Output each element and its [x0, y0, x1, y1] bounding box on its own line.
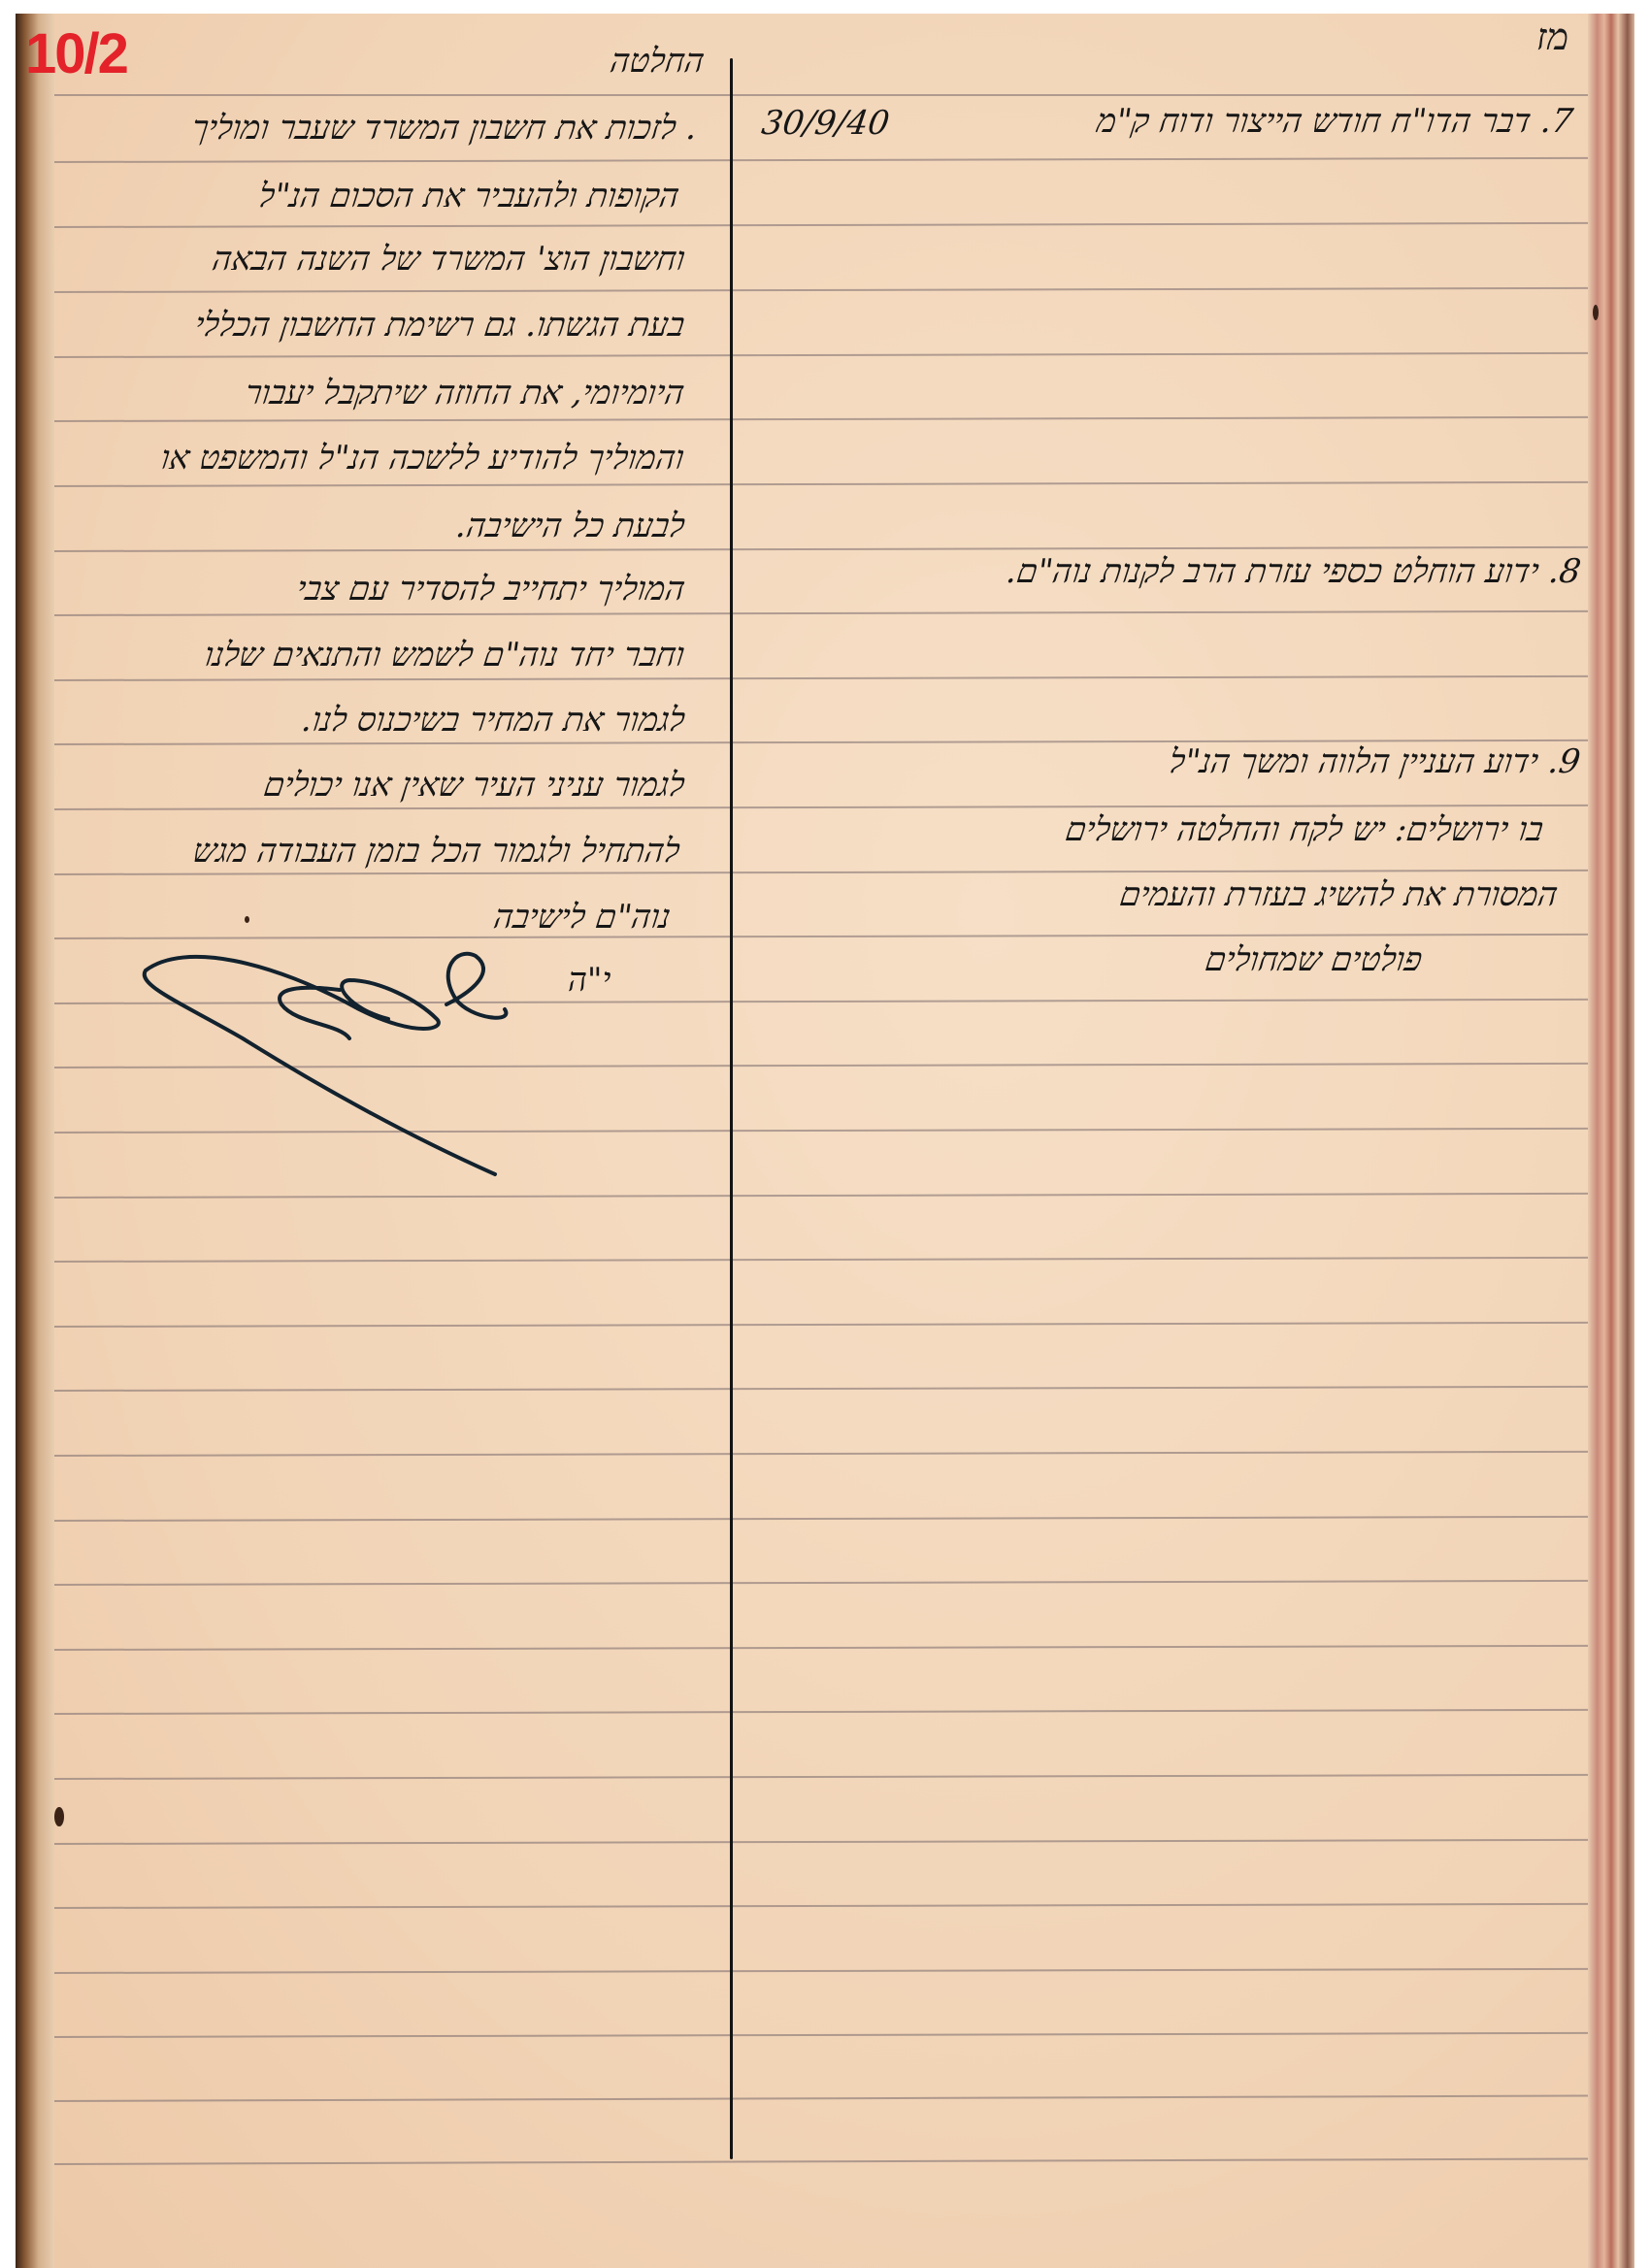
column-divider-line — [730, 58, 733, 2159]
rule-line — [54, 287, 1588, 293]
page-binding-edge — [16, 14, 54, 2268]
left-line-2: הקופות ולהעביר את הסכום הנ"ל — [257, 180, 681, 213]
left-column-heading: החלטה — [608, 45, 706, 78]
folio-number: מז — [1536, 16, 1568, 59]
item-8-text: 8. ידוע הוחלט כספי עזרת הרב לקנות נוה"ם. — [1004, 555, 1582, 588]
rule-line — [54, 610, 1588, 616]
left-line-4: בעת הגשתו. גם רשימת החשבון הכללי — [193, 309, 687, 342]
rule-line — [54, 481, 1588, 487]
ink-dot — [245, 916, 249, 923]
rule-line — [54, 1645, 1588, 1651]
rule-line — [54, 805, 1588, 810]
rule-line — [54, 1257, 1588, 1263]
rule-line — [54, 1709, 1588, 1715]
rule-line — [54, 1774, 1588, 1780]
page-side-edge — [1588, 14, 1634, 2268]
rule-line — [54, 352, 1588, 358]
rule-line — [54, 2157, 1588, 2164]
left-line-10: לגמור את המחיר בשיכנוס לנו. — [299, 704, 686, 737]
ink-stain — [54, 1807, 64, 1826]
rule-line — [54, 546, 1588, 552]
item-9-line-2: בו ירושלים: יש לקח והחלטה ירושלים — [1064, 813, 1546, 846]
item-9-line-4: פולטים שמחולים — [1204, 943, 1425, 976]
rule-line — [54, 157, 1588, 163]
page-label: 10/2 — [25, 21, 127, 86]
rule-line — [54, 416, 1588, 422]
left-line-9: וחבר יחד נוה"ם לשמש והתנאים שלנו — [203, 639, 687, 672]
left-line-8: המוליך יתחייב להסדיר עם צבי — [294, 573, 686, 606]
item-7-date: 30/9/40 — [760, 107, 892, 140]
left-line-1: . לזכות את חשבון המשרד שעבר ומוליך — [190, 112, 700, 145]
signature-initials: י"ה — [568, 961, 610, 1000]
rule-line — [54, 1193, 1588, 1199]
left-line-12: להתחיל ולגמור הכל בזמן העבודה מגש — [190, 835, 681, 868]
rule-line — [54, 222, 1588, 228]
rule-line — [54, 94, 1588, 96]
left-line-5: היומיומי, את החוזה שיתקבל יעבור — [244, 377, 687, 410]
rule-line — [54, 2032, 1588, 2038]
item-7-text: 7. דבר הדו"ח חודש הייצור ודוח ק"מ — [1094, 105, 1574, 138]
left-line-11: לגמור עניני העיר שאין אנו יכולים — [261, 769, 686, 802]
rule-line — [54, 1839, 1588, 1845]
rule-line — [54, 1580, 1588, 1586]
left-line-6: והמוליך להודיע ללשכה הנ"ל והמשפט או — [159, 442, 686, 475]
left-line-13: נוה"ם לישיבה — [491, 901, 672, 934]
rule-line — [54, 1451, 1588, 1457]
left-line-3: וחשבון הוצ' המשרד של השנה הבאה — [210, 243, 686, 276]
ink-stain — [1593, 305, 1599, 320]
item-9-line-3: המסורת את להשיג בעזרת והעמים — [1118, 878, 1560, 911]
rule-line — [54, 1903, 1588, 1909]
rule-line — [54, 1968, 1588, 1974]
rule-line — [54, 1386, 1588, 1392]
rule-line — [54, 1322, 1588, 1328]
signature-mark — [126, 932, 573, 1184]
rule-line — [54, 675, 1588, 681]
left-line-7: לבעת כל הישיבה. — [453, 509, 686, 542]
rule-line — [54, 1516, 1588, 1522]
item-9-line-1: 9. ידוע העניין הלווה ומשך הנ"ל — [1168, 745, 1583, 778]
rule-line — [54, 2094, 1588, 2101]
